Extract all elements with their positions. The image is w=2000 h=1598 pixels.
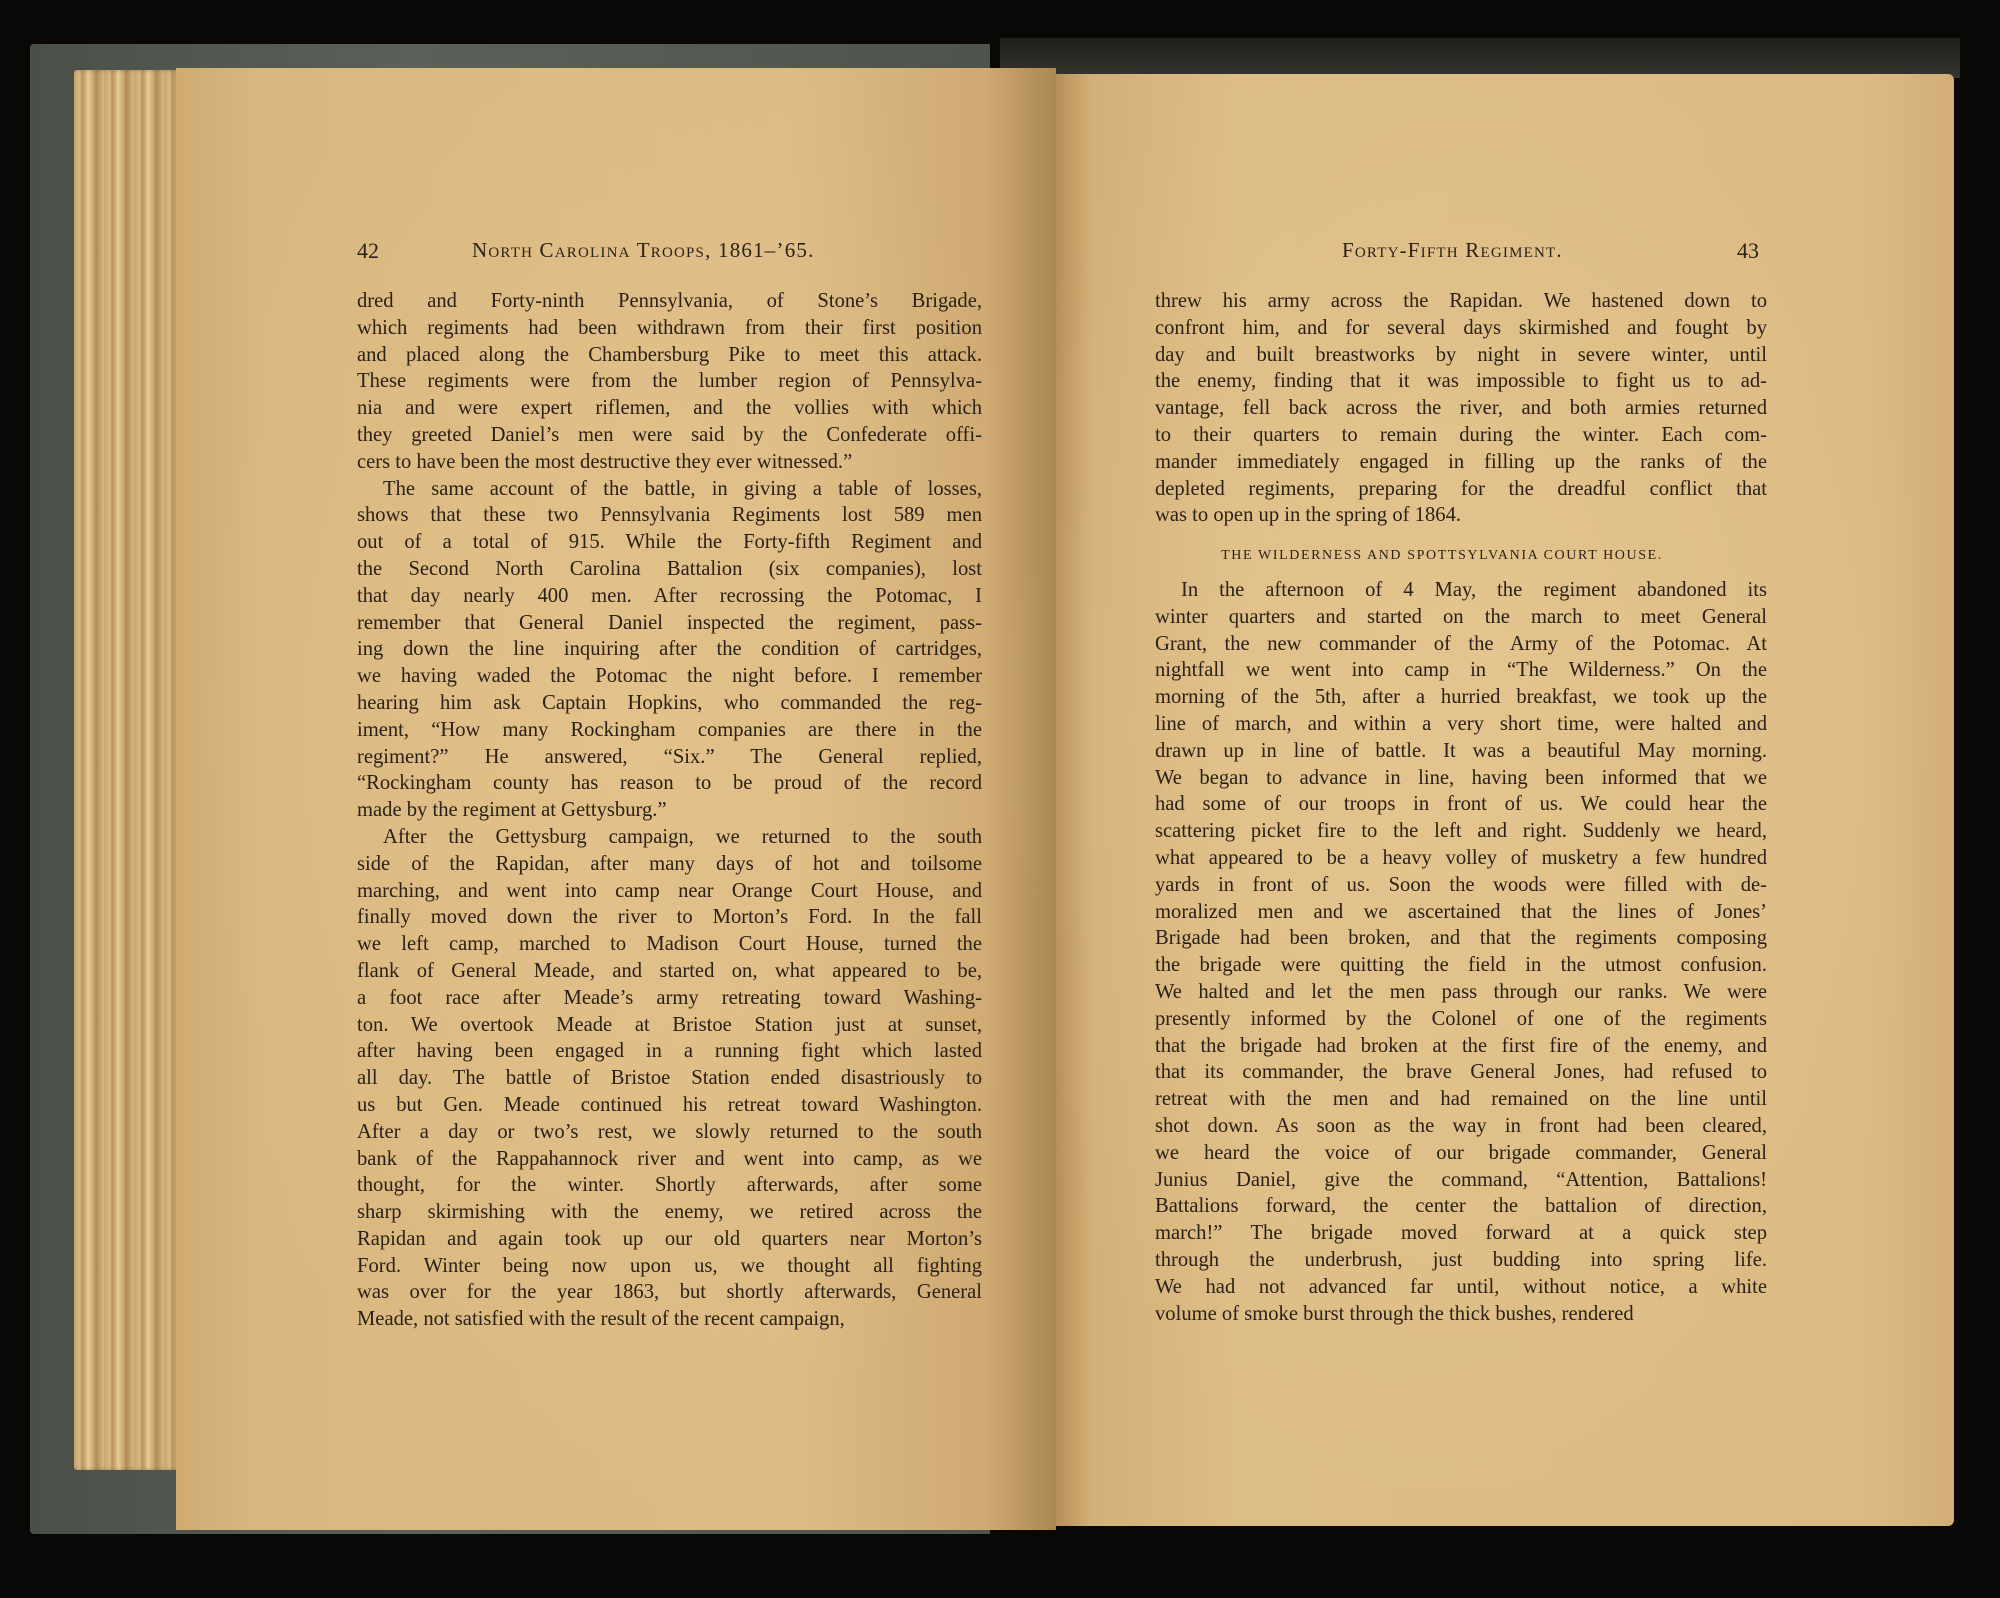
text-line: threw his army across the Rapidan. We ha… — [1155, 288, 1767, 315]
text-line: moralized men and we ascertained that th… — [1155, 899, 1767, 926]
right-page-body-top: threw his army across the Rapidan. We ha… — [1155, 288, 1767, 529]
text-line: cers to have been the most destructive t… — [357, 449, 982, 476]
section-heading: THE WILDERNESS AND SPOTTSYLVANIA COURT H… — [1152, 548, 1732, 564]
text-line: march!” The brigade moved forward at a q… — [1155, 1220, 1767, 1247]
text-line: scattering picket fire to the left and r… — [1155, 818, 1767, 845]
text-line: we heard the voice of our brigade comman… — [1155, 1140, 1767, 1167]
text-line: sharp skirmishing with the enemy, we ret… — [357, 1199, 982, 1226]
text-line: Rapidan and again took up our old quarte… — [357, 1226, 982, 1253]
text-line: Battalions forward, the center the batta… — [1155, 1193, 1767, 1220]
text-line: Junius Daniel, give the command, “Attent… — [1155, 1167, 1767, 1194]
text-line: marching, and went into camp near Orange… — [357, 878, 982, 905]
text-line: we having waded the Potomac the night be… — [357, 663, 982, 690]
text-line: These regiments were from the lumber reg… — [357, 368, 982, 395]
text-line: retreat with the men and had remained on… — [1155, 1086, 1767, 1113]
text-line: all day. The battle of Bristoe Station e… — [357, 1065, 982, 1092]
text-line: confront him, and for several days skirm… — [1155, 315, 1767, 342]
text-line: In the afternoon of 4 May, the regiment … — [1155, 577, 1767, 604]
text-line: they greeted Daniel’s men were said by t… — [357, 422, 982, 449]
text-line: finally moved down the river to Morton’s… — [357, 904, 982, 931]
text-line: day and built breastworks by night in se… — [1155, 342, 1767, 369]
page-edges — [74, 70, 178, 1470]
page-number-left: 42 — [357, 238, 379, 264]
text-line: side of the Rapidan, after many days of … — [357, 851, 982, 878]
text-line: a foot race after Meade’s army retreatin… — [357, 985, 982, 1012]
book-cover-top-right — [1000, 38, 1960, 78]
text-line: After the Gettysburg campaign, we return… — [357, 824, 982, 851]
text-line: remember that General Daniel inspected t… — [357, 610, 982, 637]
text-line: was to open up in the spring of 1864. — [1155, 502, 1767, 529]
text-line: mander immediately engaged in filling up… — [1155, 449, 1767, 476]
text-line: the brigade were quitting the field in t… — [1155, 952, 1767, 979]
text-line: iment, “How many Rockingham companies ar… — [357, 717, 982, 744]
text-line: Brigade had been broken, and that the re… — [1155, 925, 1767, 952]
text-line: winter quarters and started on the march… — [1155, 604, 1767, 631]
text-line: We halted and let the men pass through o… — [1155, 979, 1767, 1006]
text-line: volume of smoke burst through the thick … — [1155, 1301, 1767, 1328]
right-page-body-bottom: In the afternoon of 4 May, the regiment … — [1155, 577, 1767, 1327]
text-line: had some of our troops in front of us. W… — [1155, 791, 1767, 818]
text-line: vantage, fell back across the river, and… — [1155, 395, 1767, 422]
text-line: depleted regiments, preparing for the dr… — [1155, 476, 1767, 503]
text-line: ton. We overtook Meade at Bristoe Statio… — [357, 1012, 982, 1039]
text-line: what appeared to be a heavy volley of mu… — [1155, 845, 1767, 872]
text-line: shows that these two Pennsylvania Regime… — [357, 502, 982, 529]
running-head-right: Forty-Fifth Regiment. — [1342, 238, 1563, 263]
text-line: to their quarters to remain during the w… — [1155, 422, 1767, 449]
text-line: after having been engaged in a running f… — [357, 1038, 982, 1065]
text-line: We began to advance in line, having been… — [1155, 765, 1767, 792]
text-line: Grant, the new commander of the Army of … — [1155, 631, 1767, 658]
text-line: through the underbrush, just budding int… — [1155, 1247, 1767, 1274]
text-line: the enemy, finding that it was impossibl… — [1155, 368, 1767, 395]
left-page-body: dred and Forty-ninth Pennsylvania, of St… — [357, 288, 982, 1333]
text-line: hearing him ask Captain Hopkins, who com… — [357, 690, 982, 717]
text-line: morning of the 5th, after a hurried brea… — [1155, 684, 1767, 711]
text-line: regiment?” He answered, “Six.” The Gener… — [357, 744, 982, 771]
text-line: us but Gen. Meade continued his retreat … — [357, 1092, 982, 1119]
text-line: the Second North Carolina Battalion (six… — [357, 556, 982, 583]
text-line: ing down the line inquiring after the co… — [357, 636, 982, 663]
text-line: that its commander, the brave General Jo… — [1155, 1059, 1767, 1086]
text-line: that day nearly 400 men. After recrossin… — [357, 583, 982, 610]
text-line: nia and were expert riflemen, and the vo… — [357, 395, 982, 422]
text-line: we left camp, marched to Madison Court H… — [357, 931, 982, 958]
text-line: flank of General Meade, and started on, … — [357, 958, 982, 985]
text-line: made by the regiment at Gettysburg.” — [357, 797, 982, 824]
text-line: line of march, and within a very short t… — [1155, 711, 1767, 738]
text-line: drawn up in line of battle. It was a bea… — [1155, 738, 1767, 765]
text-line: nightfall we went into camp in “The Wild… — [1155, 657, 1767, 684]
running-head-right-text: Forty-Fifth Regiment. — [1342, 238, 1563, 262]
text-line: Meade, not satisfied with the result of … — [357, 1306, 982, 1333]
running-head-left: North Carolina Troops, 1861–’65. — [472, 238, 815, 263]
text-line: yards in front of us. Soon the woods wer… — [1155, 872, 1767, 899]
running-head-left-text: North Carolina Troops, 1861–’65. — [472, 238, 815, 262]
text-line: and placed along the Chambersburg Pike t… — [357, 342, 982, 369]
text-line: was over for the year 1863, but shortly … — [357, 1279, 982, 1306]
text-line: shot down. As soon as the way in front h… — [1155, 1113, 1767, 1140]
text-line: bank of the Rappahannock river and went … — [357, 1146, 982, 1173]
text-line: We had not advanced far until, without n… — [1155, 1274, 1767, 1301]
text-line: which regiments had been withdrawn from … — [357, 315, 982, 342]
text-line: presently informed by the Colonel of one… — [1155, 1006, 1767, 1033]
text-line: The same account of the battle, in givin… — [357, 476, 982, 503]
text-line: After a day or two’s rest, we slowly ret… — [357, 1119, 982, 1146]
text-line: Ford. Winter being now upon us, we thoug… — [357, 1253, 982, 1280]
text-line: that the brigade had broken at the first… — [1155, 1033, 1767, 1060]
text-line: dred and Forty-ninth Pennsylvania, of St… — [357, 288, 982, 315]
page-number-right: 43 — [1737, 238, 1759, 264]
text-line: out of a total of 915. While the Forty-f… — [357, 529, 982, 556]
text-line: thought, for the winter. Shortly afterwa… — [357, 1172, 982, 1199]
text-line: “Rockingham county has reason to be prou… — [357, 770, 982, 797]
